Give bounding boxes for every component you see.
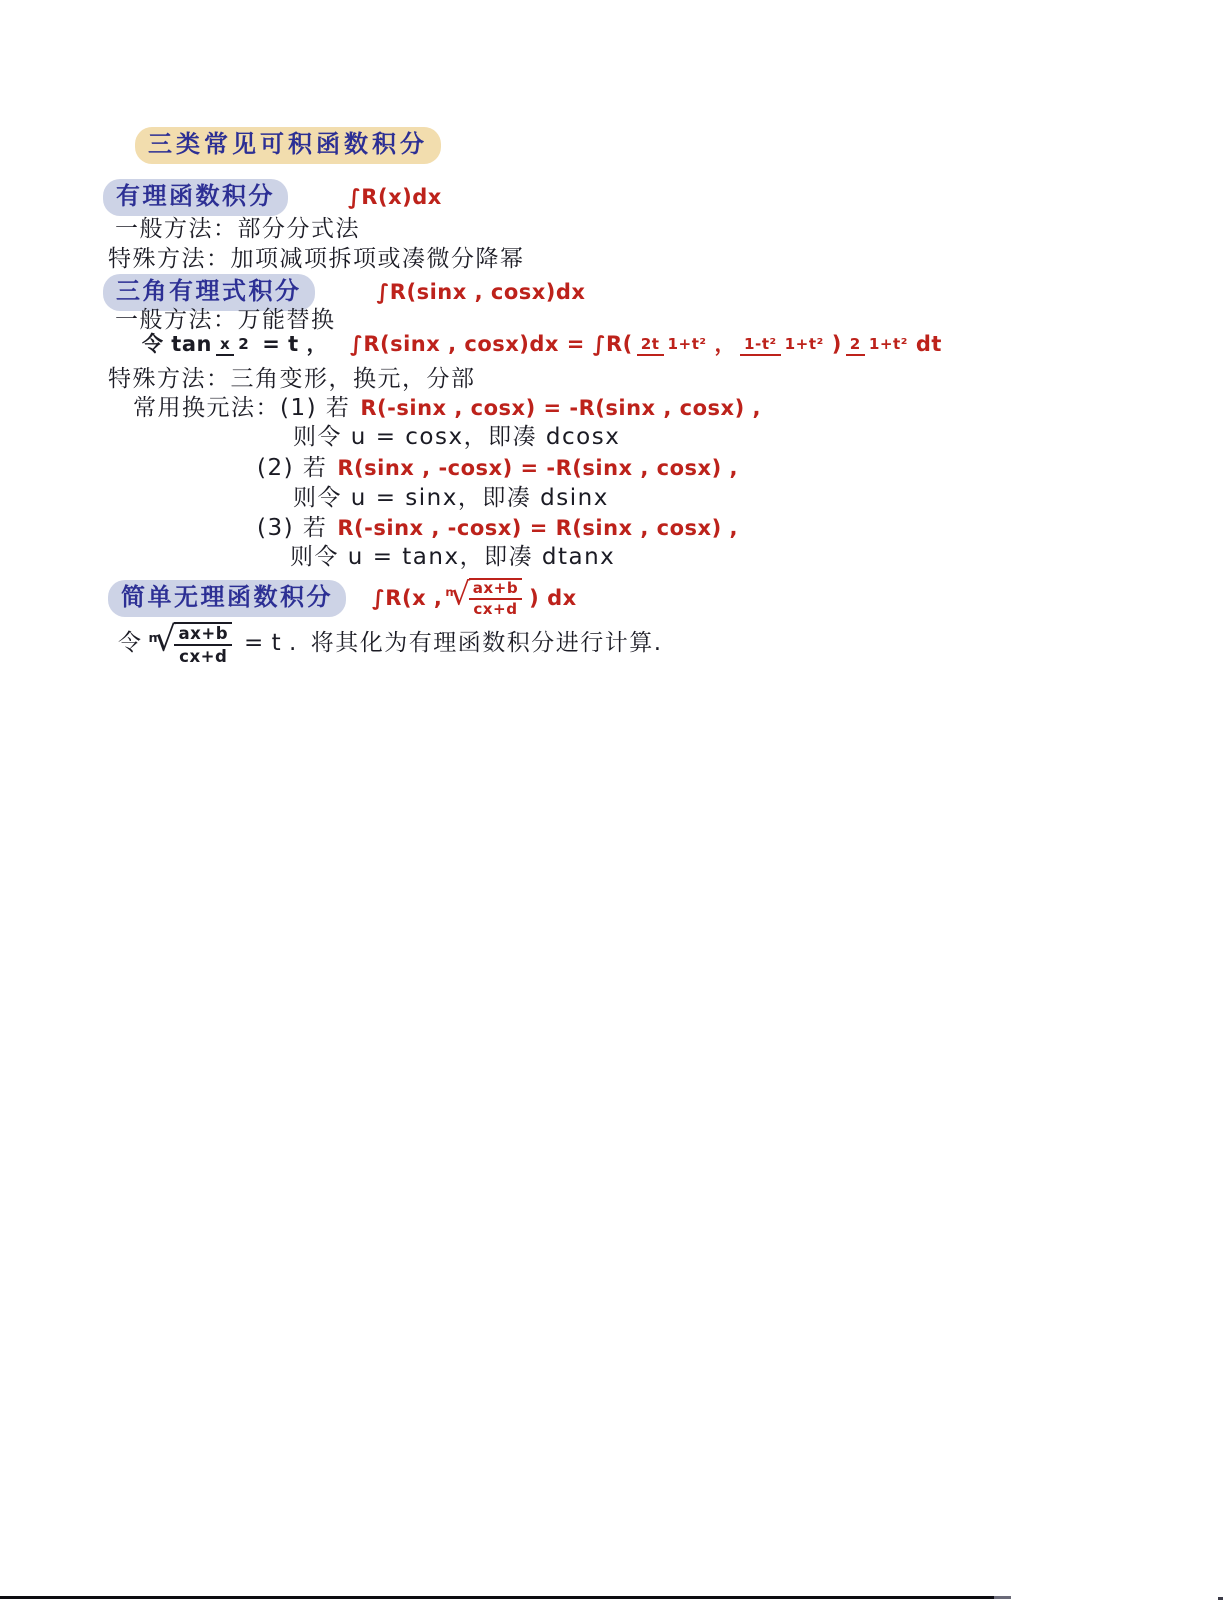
substitution-fraction-2: 1-t²1+t² xyxy=(740,336,828,353)
case-2-then-text: 则令 u = sinx，即凑 dsinx xyxy=(293,485,609,513)
substitution-lead: 令 tan xyxy=(142,332,212,357)
substitution-close-paren: ) xyxy=(832,332,842,357)
trig-case-2-then: 则令 u = sinx，即凑 dsinx xyxy=(293,485,609,513)
handwritten-notes-page: 三类常见可积函数积分 有理函数积分 ∫R(x)dx 一般方法：部分分式法 特殊方… xyxy=(0,0,1225,1602)
case-3-then-text: 则令 u = tanx，即凑 dtanx xyxy=(290,544,615,572)
trig-universal-substitution: 令 tan x2 = t ， ∫R(sinx , cosx)dx = ∫R( 2… xyxy=(142,332,942,357)
rational-general-method: 一般方法：部分分式法 xyxy=(115,216,360,244)
substitution-red-part: ∫R(sinx , cosx)dx = ∫R( 2t1+t² ， 1-t²1+t… xyxy=(350,332,942,357)
trig-case-1-then: 则令 u = cosx，即凑 dcosx xyxy=(293,424,620,452)
trig-case-1-condition: 常用换元法： (1) 若 R(-sinx , cosx) = -R(sinx ,… xyxy=(133,395,761,423)
section-rational-header: 有理函数积分 ∫R(x)dx xyxy=(103,179,442,216)
irrational-formula-radicand: ax+bcx+d xyxy=(469,578,522,619)
irrational-note-root: n√ax+bcx+d xyxy=(149,622,237,666)
irrational-note-text: 将其化为有理函数积分进行计算. xyxy=(311,630,663,658)
trig-special-method: 特殊方法：三角变形，换元，分部 xyxy=(108,366,476,394)
section-irrational-heading: 简单无理函数积分 xyxy=(108,580,346,617)
title-row: 三类常见可积函数积分 xyxy=(135,127,441,164)
case-1-then-text: 则令 u = cosx，即凑 dcosx xyxy=(293,424,620,452)
cases-label: 常用换元法： xyxy=(133,395,280,423)
rational-general-method-text: 一般方法：部分分式法 xyxy=(115,216,360,244)
substitution-black-part: 令 tan x2 = t ， xyxy=(142,332,328,357)
trig-special-method-text: 特殊方法：三角变形，换元，分部 xyxy=(108,366,476,394)
irrational-formula: ∫R(x , n√ax+bcx+d ) dx xyxy=(372,578,577,619)
substitution-dt: dt xyxy=(916,332,942,357)
substitution-separator: ， xyxy=(715,332,737,357)
rational-formula: ∫R(x)dx xyxy=(348,185,442,210)
section-trig-header: 三角有理式积分 ∫R(sinx , cosx)dx xyxy=(103,274,585,311)
irrational-formula-close: ) dx xyxy=(529,586,577,611)
irrational-note-radicand: ax+bcx+d xyxy=(174,622,232,666)
irrational-note-eq: = t . xyxy=(244,630,297,658)
rational-special-method: 特殊方法：加项减项拆项或凑微分降幂 xyxy=(108,246,525,274)
irrational-formula-open: ∫R(x , xyxy=(372,586,442,611)
case-1-prefix: (1) 若 xyxy=(280,395,350,423)
rational-special-method-text: 特殊方法：加项减项拆项或凑微分降幂 xyxy=(108,246,525,274)
trig-case-3-condition: (3) 若 R(-sinx , -cosx) = R(sinx , cosx) … xyxy=(257,515,738,543)
scan-edge-dot xyxy=(1218,1597,1223,1600)
section-irrational-header: 简单无理函数积分 ∫R(x , n√ax+bcx+d ) dx xyxy=(108,578,577,619)
trig-general-method: 一般方法：万能替换 xyxy=(115,307,336,335)
substitution-fraction-1: 2t1+t² xyxy=(637,336,711,353)
case-2-condition: R(sinx , -cosx) = -R(sinx , cosx) , xyxy=(337,456,738,481)
page-title: 三类常见可积函数积分 xyxy=(135,127,441,164)
trig-case-3-then: 则令 u = tanx，即凑 dtanx xyxy=(290,544,615,572)
irrational-note: 令 n√ax+bcx+d = t . 将其化为有理函数积分进行计算. xyxy=(118,622,663,666)
case-3-prefix: (3) 若 xyxy=(257,515,327,543)
substitution-red-open: ∫R(sinx , cosx)dx = ∫R( xyxy=(350,332,633,357)
trig-case-2-condition: (2) 若 R(sinx , -cosx) = -R(sinx , cosx) … xyxy=(257,455,738,483)
trig-formula: ∫R(sinx , cosx)dx xyxy=(377,280,586,305)
substitution-fraction-3: 21+t² xyxy=(846,336,912,353)
irrational-formula-root: n√ax+bcx+d xyxy=(445,578,526,619)
case-2-prefix: (2) 若 xyxy=(257,455,327,483)
section-trig-heading: 三角有理式积分 xyxy=(103,274,315,311)
scan-edge-smudge xyxy=(994,1596,1011,1599)
case-3-condition: R(-sinx , -cosx) = R(sinx , cosx) , xyxy=(337,516,738,541)
irrational-note-lead: 令 xyxy=(118,630,142,658)
section-rational-heading: 有理函数积分 xyxy=(103,179,288,216)
trig-general-method-text: 一般方法：万能替换 xyxy=(115,307,336,335)
case-1-condition: R(-sinx , cosx) = -R(sinx , cosx) , xyxy=(360,396,761,421)
scan-edge-line xyxy=(0,1596,1006,1599)
tan-half-angle-fraction: x2 xyxy=(216,336,253,353)
irrational-note-formula: 令 n√ax+bcx+d = t . xyxy=(118,622,297,666)
substitution-eq: = t ， xyxy=(262,332,328,357)
